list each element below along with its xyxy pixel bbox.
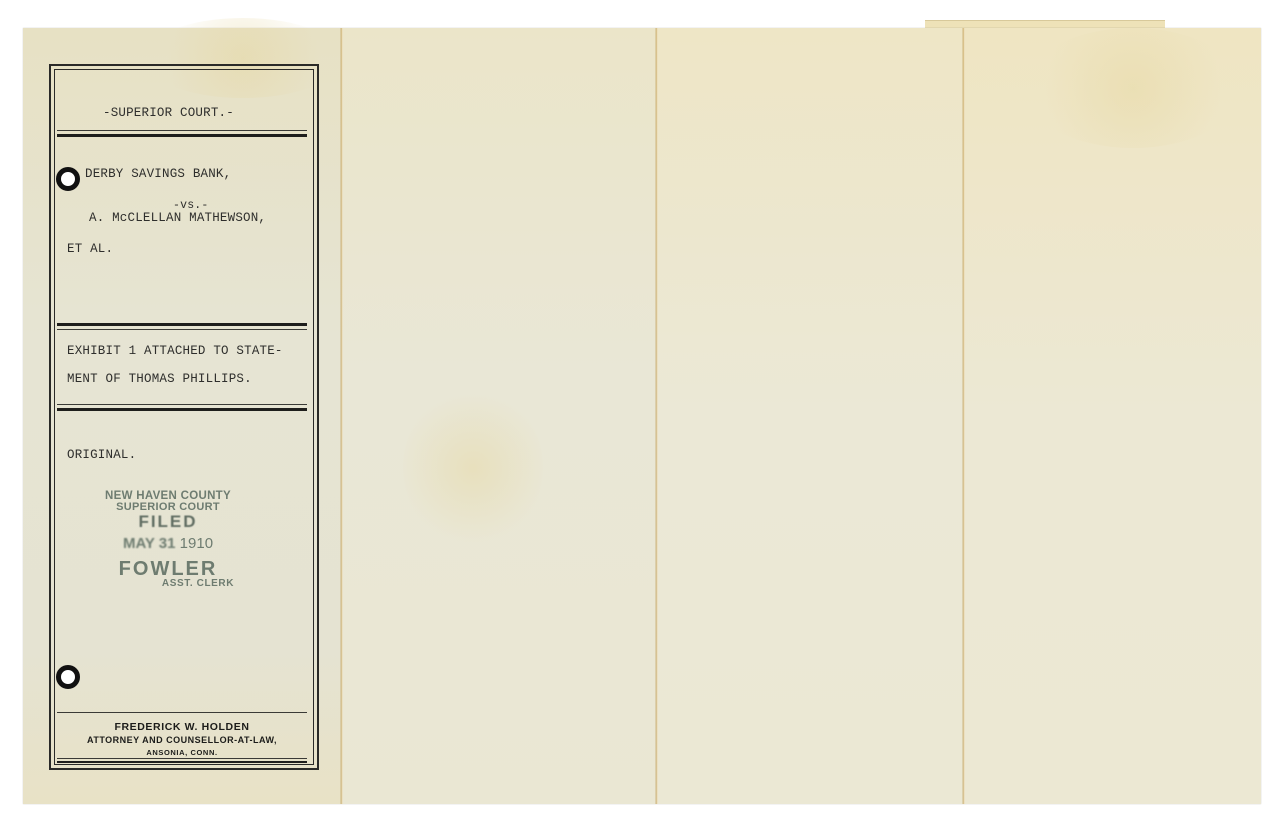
attorney-name: FREDERICK W. HOLDEN — [57, 721, 307, 733]
court-header: -SUPERIOR COURT.- — [103, 106, 234, 120]
fold-crease — [655, 28, 658, 804]
punch-hole — [56, 167, 80, 191]
defendant-name: A. McCLELLAN MATHEWSON, — [89, 211, 266, 225]
section-divider — [57, 323, 307, 330]
stamp-date-smudged: MAY 31 — [123, 535, 176, 552]
section-divider — [57, 404, 307, 411]
fold-crease — [340, 28, 343, 804]
fold-crease — [962, 28, 965, 804]
stamp-clerk-title: ASST. CLERK — [93, 578, 243, 589]
bottom-divider — [57, 758, 307, 763]
section-divider — [57, 130, 307, 137]
filed-stamp: NEW HAVEN COUNTY SUPERIOR COURT FILED MA… — [93, 490, 243, 589]
et-al-label: ET AL. — [67, 242, 113, 256]
exhibit-description-line1: EXHIBIT 1 ATTACHED TO STATE- — [67, 344, 283, 358]
copy-type-label: ORIGINAL. — [67, 448, 136, 462]
paper-stain — [1023, 28, 1243, 148]
stamp-year: 1910 — [180, 535, 213, 552]
letterhead-divider — [57, 712, 307, 713]
attorney-city: ANSONIA, CONN. — [57, 748, 307, 757]
blank-panel-3 — [656, 28, 963, 804]
plaintiff-name: DERBY SAVINGS BANK, — [85, 167, 231, 181]
stamp-date: MAY 31 1910 — [93, 535, 243, 552]
attorney-letterhead: FREDERICK W. HOLDEN ATTORNEY AND COUNSEL… — [57, 712, 307, 757]
exhibit-description-line2: MENT OF THOMAS PHILLIPS. — [67, 372, 252, 386]
stamp-filed: FILED — [93, 513, 243, 531]
folded-legal-document: -SUPERIOR COURT.- DERBY SAVINGS BANK, -v… — [23, 28, 1261, 804]
punch-hole — [56, 665, 80, 689]
paper-stain — [403, 388, 543, 548]
attorney-title: ATTORNEY AND COUNSELLOR-AT-LAW, — [57, 735, 307, 745]
